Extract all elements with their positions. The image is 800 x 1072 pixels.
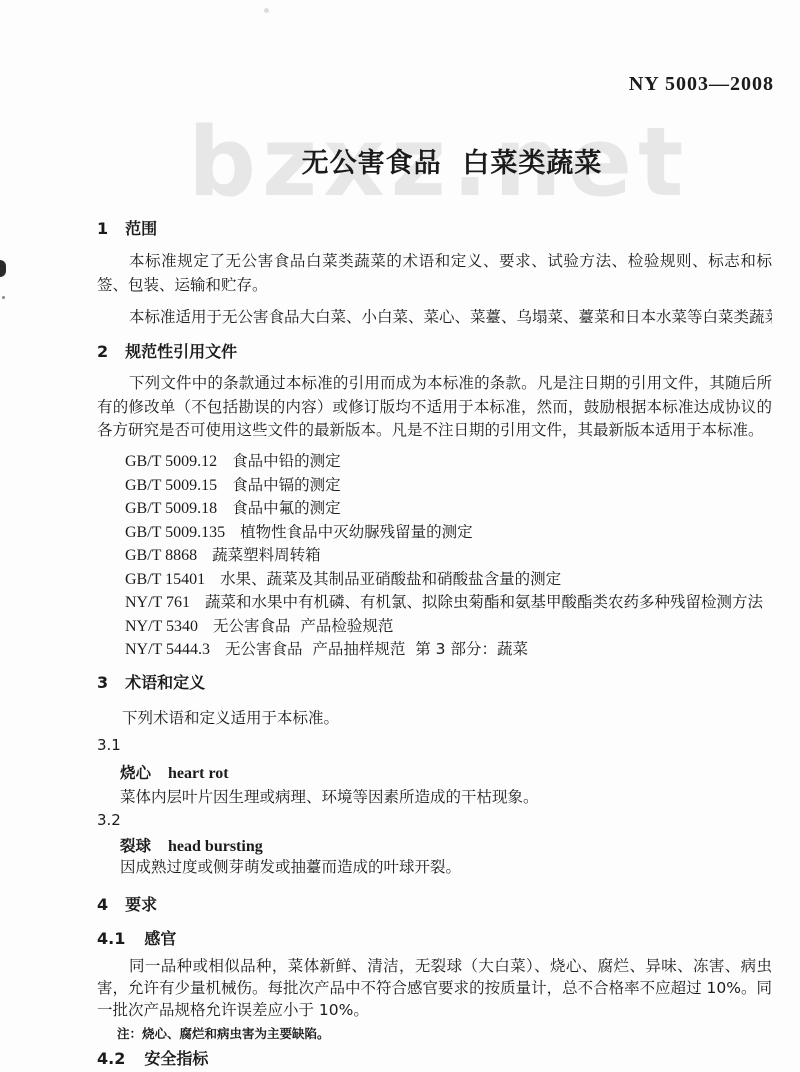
term-2-number: 3.2 — [97, 812, 121, 829]
section-4-heading: 4要求 — [97, 896, 772, 914]
reference-title: 无公害食品 产品抽样规范 第 3 部分：蔬菜 — [225, 640, 528, 658]
reference-title: 植物性食品中灭幼脲残留量的测定 — [240, 523, 473, 541]
section-4-2-heading-label: 安全指标 — [144, 1049, 208, 1068]
term-2-en: head bursting — [168, 838, 263, 855]
term-1-number: 3.1 — [97, 737, 121, 754]
section-4-1-note: 注：烧心、腐烂和病虫害为主要缺陷。 — [117, 1026, 772, 1041]
reference-item: GB/T 5009.18食品中氟的测定 — [125, 497, 772, 521]
scan-artifact-edge-speck — [2, 296, 5, 299]
reference-title: 蔬菜和水果中有机磷、有机氯、拟除虫菊酯和氨基甲酸酯类农药多种残留检测方法 — [205, 593, 763, 611]
reference-title: 食品中氟的测定 — [232, 499, 341, 517]
section-3-heading: 3术语和定义 — [97, 674, 772, 692]
term-1-zh: 烧心 — [120, 764, 151, 782]
section-1-heading: 1范围 — [97, 220, 772, 238]
scanned-standard-page: NY 5003—2008 bzxz.net 无公害食品 白菜类蔬菜 1范围 本标… — [0, 0, 800, 1072]
term-2-title: 裂球head bursting — [120, 834, 263, 856]
term-1-definition: 菜体内层叶片因生理或病理、环境等因素所造成的干枯现象。 — [120, 786, 772, 810]
reference-code: GB/T 15401 — [125, 571, 205, 588]
reference-title: 食品中铅的测定 — [232, 452, 341, 470]
term-1-en: heart rot — [168, 765, 229, 782]
reference-code: NY/T 761 — [125, 594, 190, 611]
reference-item: NY/T 5340无公害食品 产品检验规范 — [125, 615, 772, 639]
section-4-1-body: 同一品种或相似品种，菜体新鲜、清洁，无裂球（大白菜）、烧心、腐烂、异味、冻害、病… — [97, 955, 772, 1021]
reference-code: NY/T 5444.3 — [125, 641, 210, 658]
section-2-heading: 2规范性引用文件 — [97, 343, 772, 361]
reference-code: GB/T 5009.12 — [125, 453, 217, 470]
term-2-definition: 因成熟过度或侧芽萌发或抽薹而造成的叶球开裂。 — [120, 856, 772, 880]
section-1-heading-label: 范围 — [125, 219, 157, 238]
reference-item: NY/T 5444.3无公害食品 产品抽样规范 第 3 部分：蔬菜 — [125, 638, 772, 662]
section-4-2-heading: 4.2安全指标 — [97, 1050, 772, 1068]
section-3-heading-label: 术语和定义 — [125, 673, 205, 692]
document-title: 无公害食品 白菜类蔬菜 — [104, 141, 800, 180]
reference-item: GB/T 5009.15食品中镉的测定 — [125, 474, 772, 498]
reference-code: GB/T 5009.18 — [125, 500, 217, 517]
reference-code: GB/T 8868 — [125, 547, 197, 564]
reference-code: GB/T 5009.15 — [125, 477, 217, 494]
section-3-intro: 下列术语和定义适用于本标准。 — [122, 707, 772, 731]
section-4-1-heading: 4.1感官 — [97, 930, 772, 948]
reference-item: GB/T 5009.135植物性食品中灭幼脲残留量的测定 — [125, 521, 772, 545]
section-1-paragraph-2: 本标准适用于无公害食品大白菜、小白菜、菜心、菜薹、乌塌菜、薹菜和日本水菜等白菜类… — [97, 306, 772, 330]
reference-item: NY/T 761蔬菜和水果中有机磷、有机氯、拟除虫菊酯和氨基甲酸酯类农药多种残留… — [125, 591, 772, 615]
section-4-2-number: 4.2 — [97, 1050, 125, 1068]
reference-item: GB/T 15401水果、蔬菜及其制品亚硝酸盐和硝酸盐含量的测定 — [125, 568, 772, 592]
section-2-intro: 下列文件中的条款通过本标准的引用而成为本标准的条款。凡是注日期的引用文件，其随后… — [97, 372, 772, 444]
section-4-number: 4 — [97, 896, 108, 914]
reference-title: 食品中镉的测定 — [232, 476, 341, 494]
reference-list: GB/T 5009.12食品中铅的测定 GB/T 5009.15食品中镉的测定 … — [125, 450, 772, 662]
reference-item: GB/T 8868蔬菜塑料周转箱 — [125, 544, 772, 568]
section-4-heading-label: 要求 — [125, 895, 157, 914]
section-4-1-heading-label: 感官 — [144, 929, 176, 948]
scan-artifact-top-speck — [264, 8, 269, 13]
scan-artifact-edge-blob — [0, 260, 6, 277]
standard-number: NY 5003—2008 — [629, 73, 774, 96]
section-1-number: 1 — [97, 220, 108, 238]
reference-item: GB/T 5009.12食品中铅的测定 — [125, 450, 772, 474]
section-1-paragraph-1: 本标准规定了无公害食品白菜类蔬菜的术语和定义、要求、试验方法、检验规则、标志和标… — [97, 250, 772, 308]
term-2-zh: 裂球 — [120, 837, 151, 855]
section-2-heading-label: 规范性引用文件 — [125, 342, 237, 361]
reference-title: 蔬菜塑料周转箱 — [212, 546, 321, 564]
section-3-number: 3 — [97, 674, 108, 692]
reference-title: 水果、蔬菜及其制品亚硝酸盐和硝酸盐含量的测定 — [220, 570, 561, 588]
reference-code: NY/T 5340 — [125, 618, 198, 635]
section-2-number: 2 — [97, 343, 108, 361]
reference-code: GB/T 5009.135 — [125, 524, 225, 541]
reference-title: 无公害食品 产品检验规范 — [213, 617, 393, 635]
term-1-title: 烧心heart rot — [120, 761, 229, 783]
section-4-1-number: 4.1 — [97, 930, 125, 948]
